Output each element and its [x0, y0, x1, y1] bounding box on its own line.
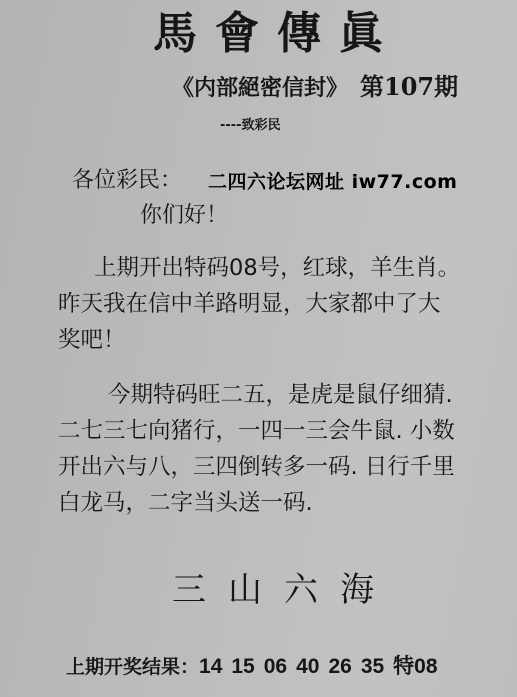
- paragraph-line: 上期开出特码08号，红球，羊生肖。: [58, 250, 490, 286]
- salutation: 各位彩民：: [72, 165, 182, 197]
- paragraph-line: 昨天我在信中羊路明显，大家都中了大: [58, 286, 490, 322]
- motto: 三山六海: [172, 567, 396, 613]
- result-number: 35: [361, 655, 384, 678]
- paragraph-last-result: 上期开出特码08号，红球，羊生肖。 昨天我在信中羊路明显，大家都中了大 奖吧！: [58, 250, 490, 358]
- paragraph-line: 开出六与八，三四倒转多一码. 日行千里: [58, 449, 490, 485]
- forum-watermark: 二四六论坛网址 iw77.com: [208, 169, 457, 195]
- result-number: 14: [199, 655, 222, 678]
- hello-line: 你们好！: [140, 200, 228, 232]
- results-label: 上期开奖结果：: [66, 656, 199, 678]
- confidential-envelope-label: 《内部絕密信封》: [172, 76, 348, 101]
- special-number: 特08: [393, 655, 437, 678]
- scanned-letter-page: 馬會傳眞 《内部絕密信封》第107期 ----致彩民 各位彩民： 二四六论坛网址…: [0, 0, 517, 697]
- issue-number: 第107期: [360, 72, 458, 101]
- result-number: 40: [296, 655, 319, 678]
- paragraph-line: 二七三七向猪行，一四一三会牛鼠. 小数: [58, 413, 490, 449]
- author-line: ----致彩民: [220, 116, 281, 136]
- paragraph-riddle: 今期特码旺二五，是虎是鼠仔细猜. 二七三七向猪行，一四一三会牛鼠. 小数 开出六…: [58, 377, 490, 521]
- paragraph-line: 奖吧！: [58, 322, 490, 358]
- result-number: 06: [264, 655, 287, 678]
- paragraph-line: 白龙马，二字当头送一码.: [58, 485, 490, 521]
- subtitle: 《内部絕密信封》第107期: [172, 72, 458, 104]
- result-number: 15: [231, 655, 254, 678]
- result-number: 26: [328, 655, 351, 678]
- page-title: 馬會傳眞: [153, 6, 401, 62]
- last-draw-results: 上期开奖结果：141506402635特08: [66, 652, 438, 682]
- paragraph-line: 今期特码旺二五，是虎是鼠仔细猜.: [58, 377, 490, 413]
